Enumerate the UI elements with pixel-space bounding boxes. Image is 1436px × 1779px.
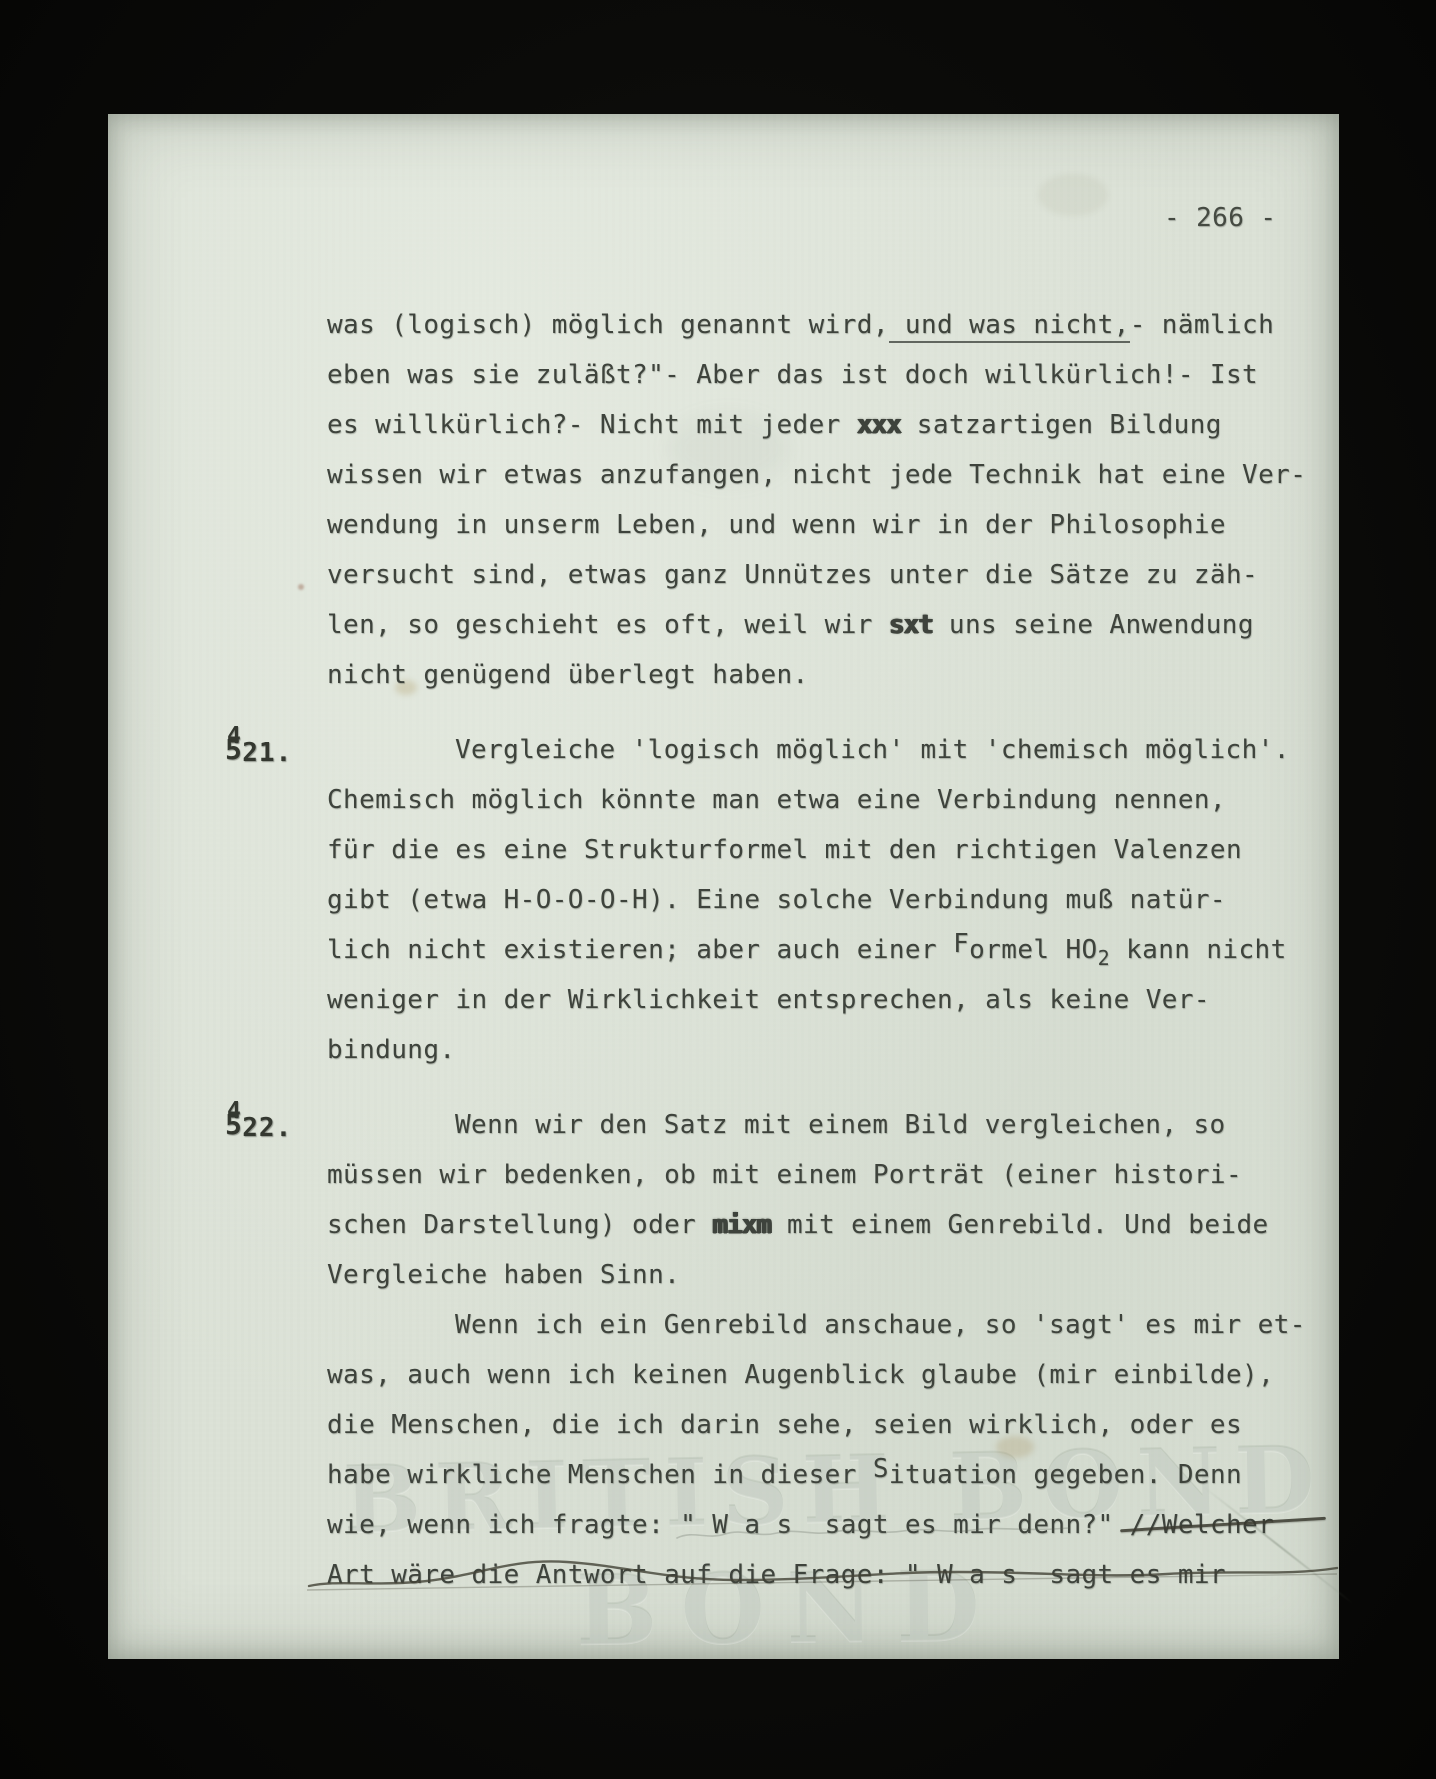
typed-line: eben was sie zuläßt?"- Aber das ist doch… — [327, 350, 1341, 400]
typed-text-segment: es willkürlich?- Nicht mit jeder — [327, 410, 857, 440]
overtyped-deletion: sxt — [889, 610, 933, 640]
paper-stain — [1038, 174, 1108, 216]
manuscript-page: BRITISH BOND BOND - 266 - was (logisch) … — [108, 114, 1339, 1659]
typed-text-segment: müssen wir bedenken, ob mit einem Porträ… — [327, 1160, 1242, 1190]
typed-text-segment: schen Darstellung) oder — [327, 1210, 712, 1240]
typed-text-segment: uns seine Anwendung — [933, 610, 1254, 640]
typed-text-segment: was, auch wenn ich keinen Augenblick gla… — [327, 1360, 1274, 1390]
typed-text-segment: was (logisch) möglich genannt wird, — [327, 310, 889, 340]
typed-line: wissen wir etwas anzufangen, nicht jede … — [327, 450, 1341, 500]
typed-line: die Menschen, die ich darin sehe, seien … — [327, 1400, 1341, 1450]
typed-text-segment: ituation gegeben. Denn — [889, 1460, 1242, 1490]
typed-line: Art wäre die Antwort auf die Frage: " W … — [327, 1550, 1341, 1600]
typed-text-segment: Art wäre die Antwort auf die Frage: " W … — [327, 1560, 1226, 1590]
typed-text-segment: bindung. — [327, 1035, 455, 1065]
typed-text-segment: ormel HO — [969, 935, 1097, 965]
typed-text-segment: eben was sie zuläßt?"- Aber das ist doch… — [327, 360, 1258, 390]
typed-line: wendung in unserm Leben, und wenn wir in… — [327, 500, 1341, 550]
typed-text-segment: wie, wenn ich fragte: " W a s sagt es mi… — [327, 1510, 1130, 1540]
typed-line: was, auch wenn ich keinen Augenblick gla… — [327, 1350, 1341, 1400]
typed-text-segment: S — [873, 1444, 889, 1494]
typed-line: müssen wir bedenken, ob mit einem Porträ… — [327, 1150, 1341, 1200]
typed-line: gibt (etwa H-O-O-O-H). Eine solche Verbi… — [327, 875, 1341, 925]
typed-text-segment: Wenn wir den Satz mit einem Bild verglei… — [455, 1110, 1226, 1140]
page-number: - 266 - — [1164, 203, 1276, 233]
paper-speck — [298, 584, 304, 590]
typed-text-segment: wissen wir etwas anzufangen, nicht jede … — [327, 460, 1306, 490]
typed-text-segment: Vergleiche haben Sinn. — [327, 1260, 680, 1290]
typed-line: es willkürlich?- Nicht mit jeder xxx sat… — [327, 400, 1341, 450]
paragraph-block: was (logisch) möglich genannt wird, und … — [327, 300, 1341, 700]
typed-text-segment: lich nicht existieren; aber auch einer — [327, 935, 953, 965]
typed-text-segment: nicht genügend überlegt haben. — [327, 660, 809, 690]
typed-line: Wenn wir den Satz mit einem Bild verglei… — [327, 1100, 1341, 1150]
typed-line: schen Darstellung) oder mixm mit einem G… — [327, 1200, 1341, 1250]
typed-line: Vergleiche 'logisch möglich' mit 'chemis… — [327, 725, 1341, 775]
pencil-struck-text: //Welcher — [1130, 1500, 1274, 1550]
typed-text-segment: habe wirkliche Menschen in dieser — [327, 1460, 873, 1490]
overtyped-deletion: mixm — [712, 1210, 771, 1240]
typed-line: was (logisch) möglich genannt wird, und … — [327, 300, 1341, 350]
overstruck-section-sign: 54 — [225, 725, 242, 776]
typed-line: Vergleiche haben Sinn. — [327, 1250, 1341, 1300]
typed-text-segment: kann nicht — [1110, 935, 1287, 965]
overtyped-deletion: xxx — [857, 410, 901, 440]
paragraph-block: 5421.Vergleiche 'logisch möglich' mit 'c… — [327, 725, 1341, 1075]
typed-text-segment: die Menschen, die ich darin sehe, seien … — [327, 1410, 1242, 1440]
typed-text-segment: Wenn ich ein Genrebild anschaue, so 'sag… — [455, 1310, 1306, 1340]
typed-text-segment: 2 — [1098, 946, 1110, 970]
typed-text-segment: Chemisch möglich könnte man etwa eine Ve… — [327, 785, 1226, 815]
typed-text-segment: wendung in unserm Leben, und wenn wir in… — [327, 510, 1226, 540]
typed-line: für die es eine Strukturformel mit den r… — [327, 825, 1341, 875]
typed-line: Chemisch möglich könnte man etwa eine Ve… — [327, 775, 1341, 825]
typed-text-segment: - nämlich — [1130, 310, 1274, 340]
typed-text-segment: F — [953, 919, 969, 969]
typed-text-segment: weniger in der Wirklichkeit entsprechen,… — [327, 985, 1210, 1015]
typed-text-segment: len, so geschieht es oft, weil wir — [327, 610, 889, 640]
typed-line: bindung. — [327, 1025, 1341, 1075]
section-number: 5421. — [225, 725, 292, 775]
typed-line: wie, wenn ich fragte: " W a s sagt es mi… — [327, 1500, 1341, 1550]
typed-text-segment: versucht sind, etwas ganz Unnützes unter… — [327, 560, 1258, 590]
typed-text-segment: Vergleiche 'logisch möglich' mit 'chemis… — [455, 735, 1290, 765]
photo-background: BRITISH BOND BOND - 266 - was (logisch) … — [0, 0, 1436, 1779]
typed-line: len, so geschieht es oft, weil wir sxt u… — [327, 600, 1341, 650]
typed-text-segment: gibt (etwa H-O-O-O-H). Eine solche Verbi… — [327, 885, 1226, 915]
underlined-text: und was nicht, — [889, 310, 1130, 343]
typed-line: versucht sind, etwas ganz Unnützes unter… — [327, 550, 1341, 600]
typed-text-segment: satzartigen Bildung — [901, 410, 1222, 440]
typed-line: weniger in der Wirklichkeit entsprechen,… — [327, 975, 1341, 1025]
overstruck-section-sign: 54 — [225, 1100, 242, 1151]
paragraph-block: 5422.Wenn wir den Satz mit einem Bild ve… — [327, 1100, 1341, 1300]
paragraph-block: Wenn ich ein Genrebild anschaue, so 'sag… — [327, 1300, 1341, 1600]
typed-text-segment: mit einem Genrebild. Und beide — [771, 1210, 1269, 1240]
typed-text-segment: für die es eine Strukturformel mit den r… — [327, 835, 1242, 865]
typed-line: habe wirkliche Menschen in dieser Situat… — [327, 1450, 1341, 1500]
typed-line: lich nicht existieren; aber auch einer F… — [327, 925, 1341, 975]
section-number: 5422. — [225, 1100, 292, 1150]
typed-line: Wenn ich ein Genrebild anschaue, so 'sag… — [327, 1300, 1341, 1350]
typed-text: was (logisch) möglich genannt wird, und … — [327, 300, 1341, 1600]
typed-line: nicht genügend überlegt haben. — [327, 650, 1341, 700]
